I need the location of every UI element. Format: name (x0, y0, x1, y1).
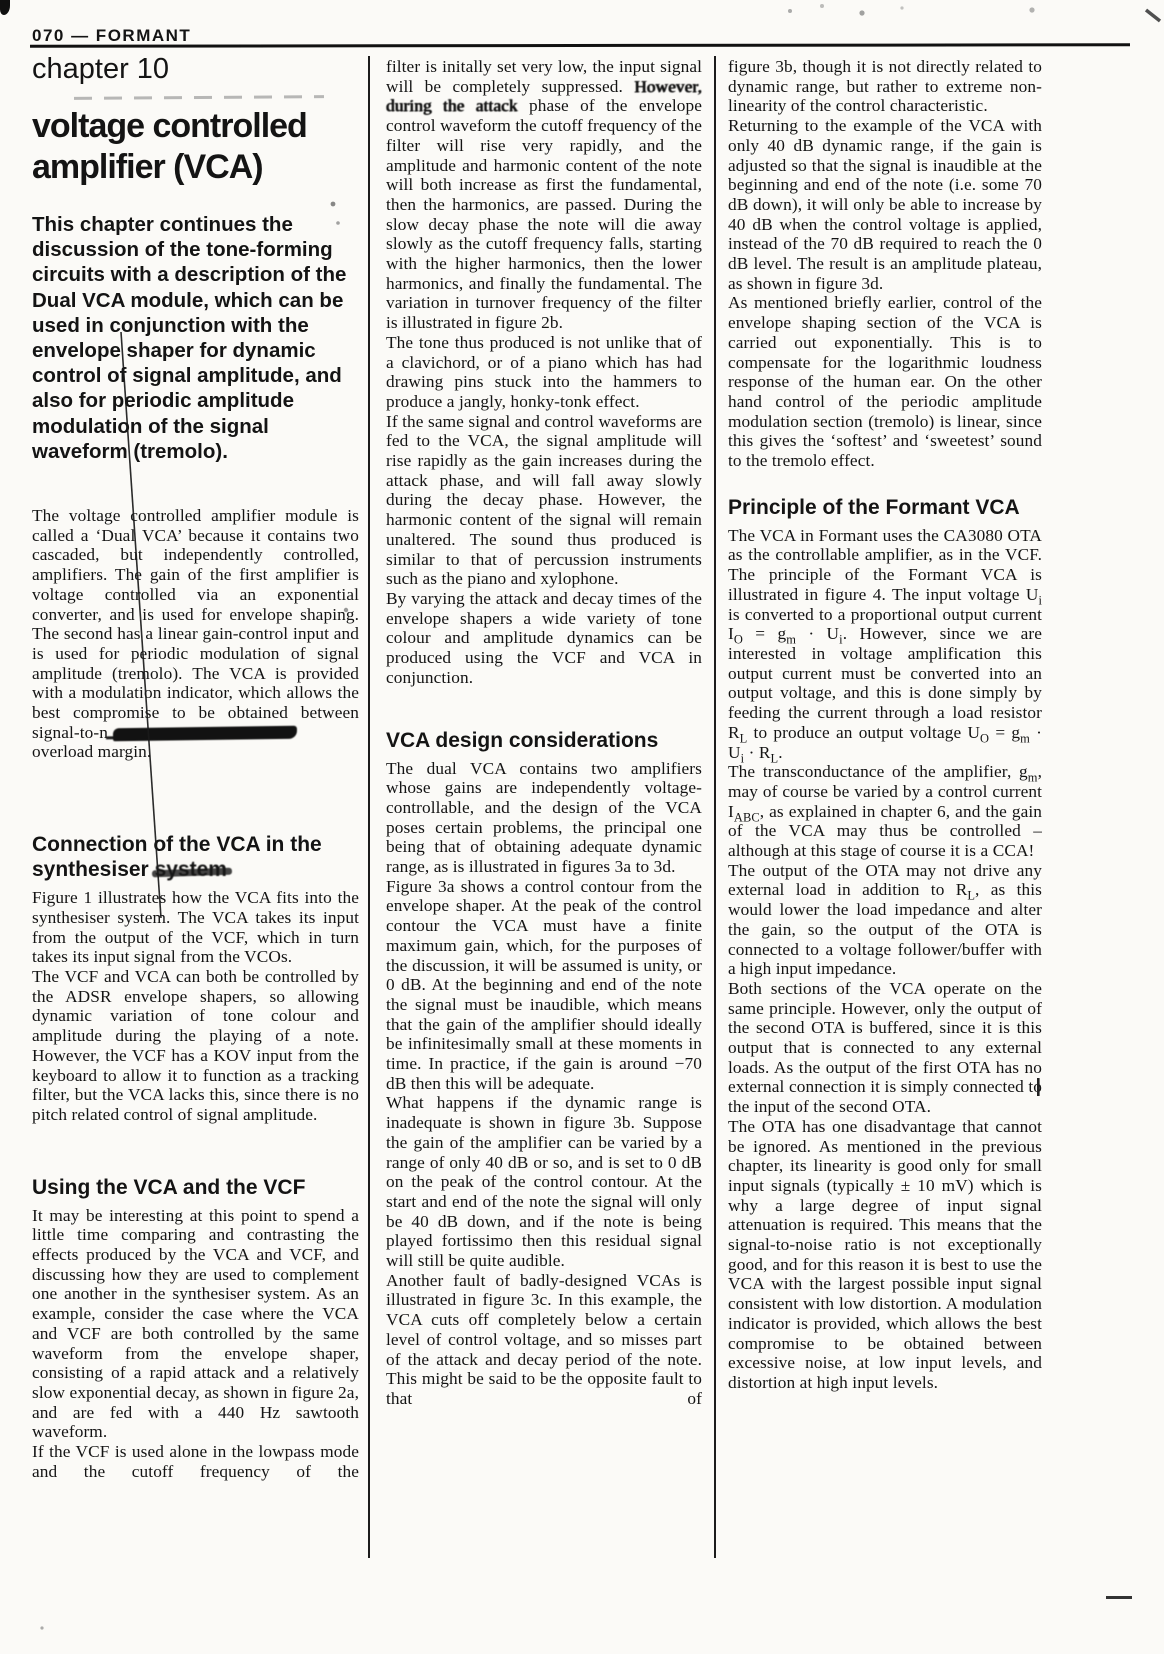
column-divider-1 (368, 56, 370, 1558)
body-paragraph: What happens if the dynamic range is ina… (386, 1093, 702, 1270)
body-paragraph: It may be interesting at this point to s… (32, 1206, 359, 1442)
body-paragraph: Both sections of the VCA operate on the … (728, 979, 1042, 1117)
body-paragraph: filter is initally set very low, the inp… (386, 57, 702, 333)
body-paragraph: By varying the attack and decay times of… (386, 589, 702, 688)
body-paragraph: Figure 3a shows a control contour from t… (386, 877, 702, 1094)
body-paragraph: The dual VCA contains two amplifiers who… (386, 759, 702, 877)
left-column-body: The voltage controlled amplifier module … (32, 506, 359, 1481)
scan-speck (788, 9, 792, 13)
paragraph-text: The voltage controlled amplifier module … (32, 506, 359, 742)
body-paragraph: Another fault of badly-designed VCAs is … (386, 1271, 702, 1409)
body-paragraph: figure 3b, though it is not directly rel… (728, 57, 1042, 116)
page-number-header: 070 — FORMANT (32, 26, 191, 46)
body-paragraph: The tone thus produced is not unlike tha… (386, 333, 702, 412)
body-paragraph: The OTA has one disadvantage that cannot… (728, 1117, 1042, 1393)
scan-speck (900, 6, 903, 9)
page-title-line1: voltage controlled (32, 107, 307, 145)
smudged-word: system (155, 857, 227, 882)
column-divider-2 (714, 56, 716, 1558)
body-paragraph: If the same signal and control waveforms… (386, 412, 702, 589)
scan-speck (40, 1626, 43, 1629)
body-paragraph: Figure 1 illustrates how the VCA fits in… (32, 888, 359, 967)
page-title-line2: amplifier (VCA) (32, 148, 263, 186)
body-paragraph: The voltage controlled amplifier module … (32, 506, 359, 762)
middle-column: filter is initally set very low, the inp… (386, 57, 702, 1409)
scan-dash-bottom-right (1106, 1596, 1132, 1599)
scan-speck (820, 4, 824, 8)
body-paragraph: The VCF and VCA can both be controlled b… (32, 967, 359, 1125)
chapter-label: chapter 10 (32, 52, 359, 86)
scan-streak (74, 95, 324, 100)
body-paragraph: The transconductance of the amplifier, g… (728, 762, 1042, 861)
section-heading-formant-principle: Principle of the Formant VCA (728, 495, 1042, 520)
body-paragraph: The VCA in Formant uses the CA3080 OTA a… (728, 526, 1042, 762)
body-paragraph: As mentioned briefly earlier, control of… (728, 293, 1042, 470)
right-column: figure 3b, though it is not directly rel… (728, 57, 1042, 1393)
intro-paragraph: This chapter continues the discussion of… (32, 212, 354, 464)
scan-speck (1029, 7, 1034, 12)
body-paragraph: The output of the OTA may not drive any … (728, 861, 1042, 979)
page-title: voltage controlledamplifier (VCA) (32, 106, 359, 188)
section-heading-vca-design: VCA design considerations (386, 728, 702, 753)
section-heading-connection: Connection of the VCA in the synthesiser… (32, 832, 359, 882)
body-paragraph: Returning to the example of the VCA with… (728, 116, 1042, 293)
ink-smudge (113, 725, 297, 741)
scanned-page: 070 — FORMANT chapter 10 voltage control… (0, 0, 1164, 1654)
scan-speck (859, 10, 864, 15)
section-heading-using-vca-vcf: Using the VCA and the VCF (32, 1175, 359, 1200)
header-rule (30, 43, 1130, 48)
scan-mark-top-right (1146, 10, 1160, 21)
paragraph-text: overload margin. (32, 742, 151, 761)
body-paragraph: If the VCF is used alone in the lowpass … (32, 1442, 359, 1481)
left-column: chapter 10 voltage controlledamplifier (… (32, 52, 359, 1481)
scan-corner-blob (0, 0, 10, 15)
